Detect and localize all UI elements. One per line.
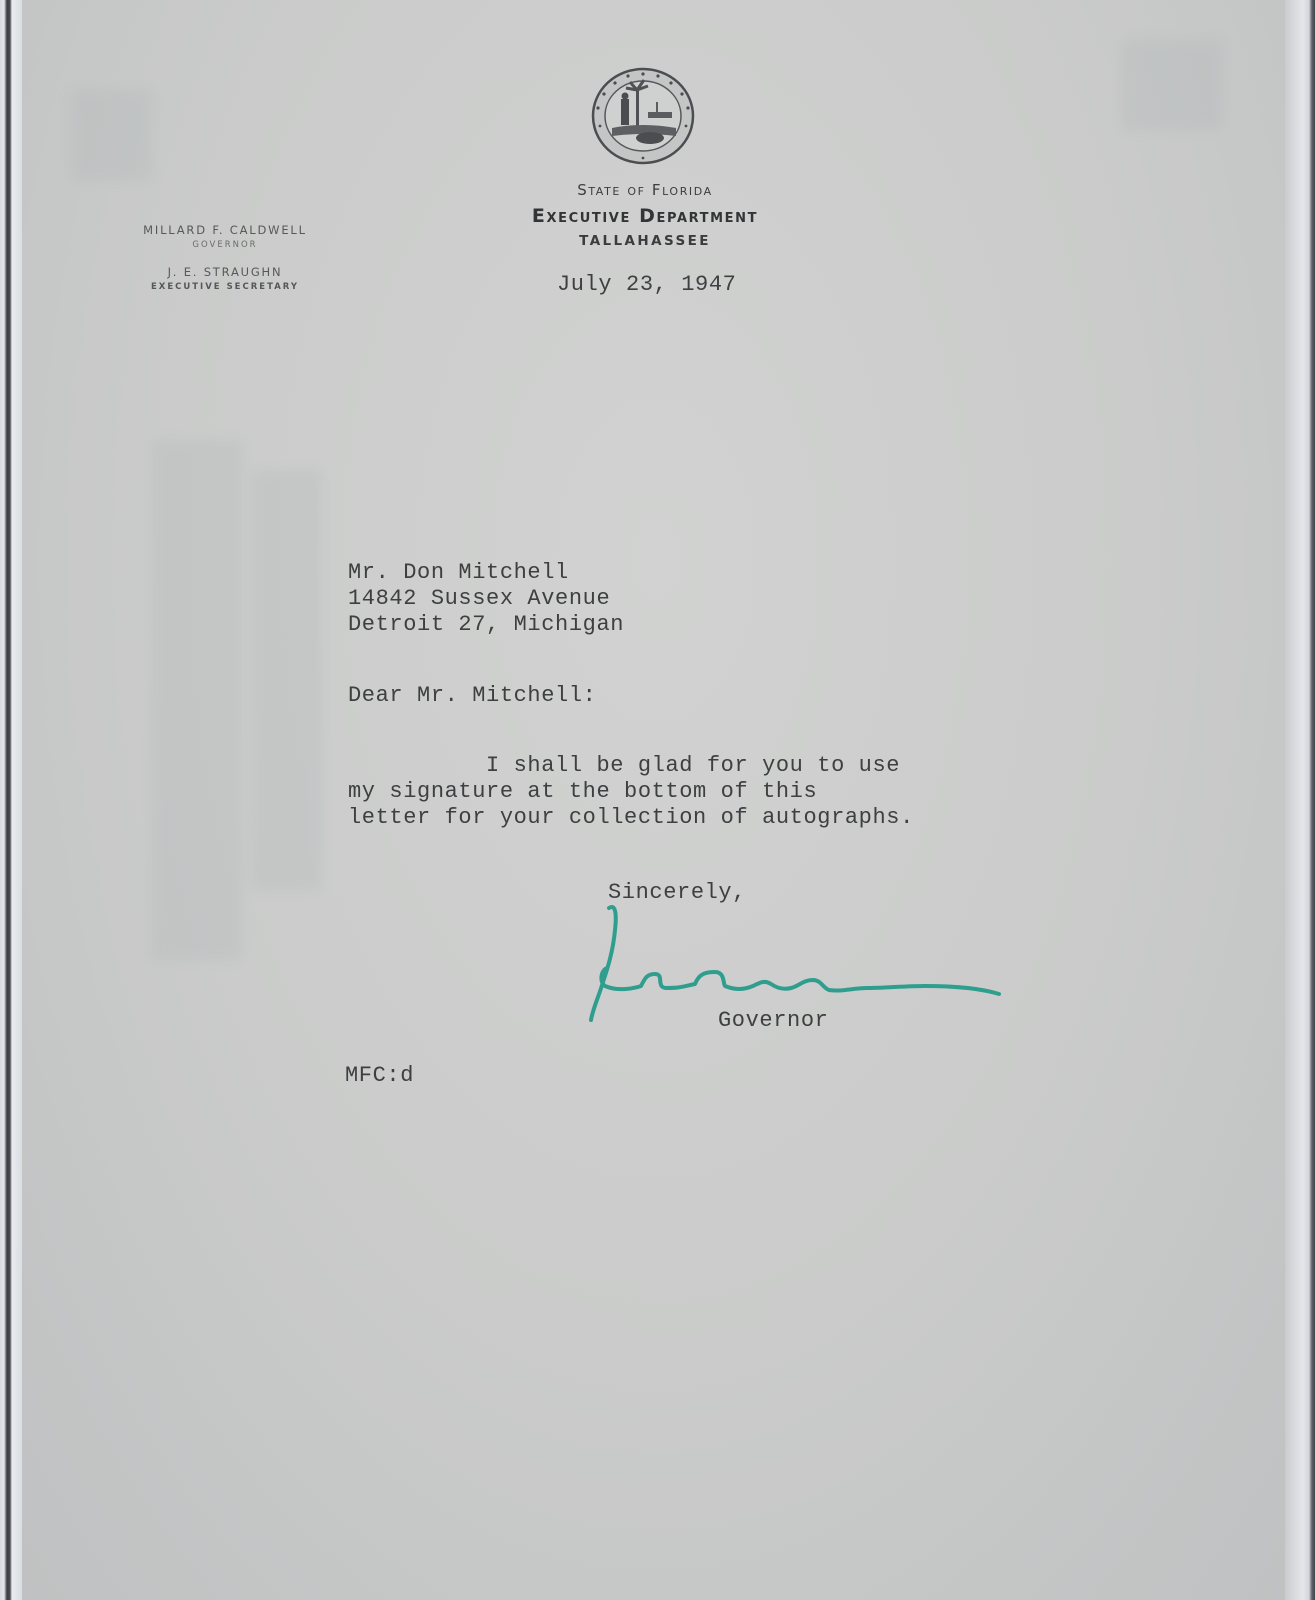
- letterhead-officials: MILLARD F. CALDWELL GOVERNOR J. E. STRAU…: [100, 222, 350, 294]
- letterhead-state: State of Florida: [470, 178, 820, 202]
- governor-title: GOVERNOR: [100, 238, 350, 252]
- secretary-title: EXECUTIVE SECRETARY: [100, 280, 350, 294]
- frame-edge-right: [1285, 0, 1315, 1600]
- letterhead-city: TALLAHASSEE: [470, 230, 820, 252]
- recipient-city: Detroit 27, Michigan: [348, 612, 624, 638]
- body-line: my signature at the bottom of this: [348, 779, 914, 805]
- body-line: letter for your collection of autographs…: [348, 805, 914, 831]
- body-line: I shall be glad for you to use: [348, 753, 914, 779]
- salutation: Dear Mr. Mitchell:: [348, 683, 596, 708]
- recipient-street: 14842 Sussex Avenue: [348, 586, 624, 612]
- secretary-name: J. E. STRAUGHN: [100, 264, 350, 280]
- recipient-address: Mr. Don Mitchell14842 Sussex AvenueDetro…: [348, 560, 624, 638]
- recipient-name: Mr. Don Mitchell: [348, 560, 624, 586]
- letter-body: I shall be glad for you to usemy signatu…: [348, 753, 914, 831]
- reference-initials: MFC:d: [345, 1063, 414, 1088]
- signer-title: Governor: [718, 1008, 828, 1033]
- florida-state-seal-icon: [590, 66, 696, 166]
- letterhead-department: Executive Department: [470, 202, 820, 230]
- handwritten-signature-icon: [585, 900, 1005, 1025]
- letterhead: State of Florida Executive Department TA…: [470, 178, 820, 252]
- governor-name: MILLARD F. CALDWELL: [100, 222, 350, 238]
- letter-date: July 23, 1947: [557, 272, 736, 297]
